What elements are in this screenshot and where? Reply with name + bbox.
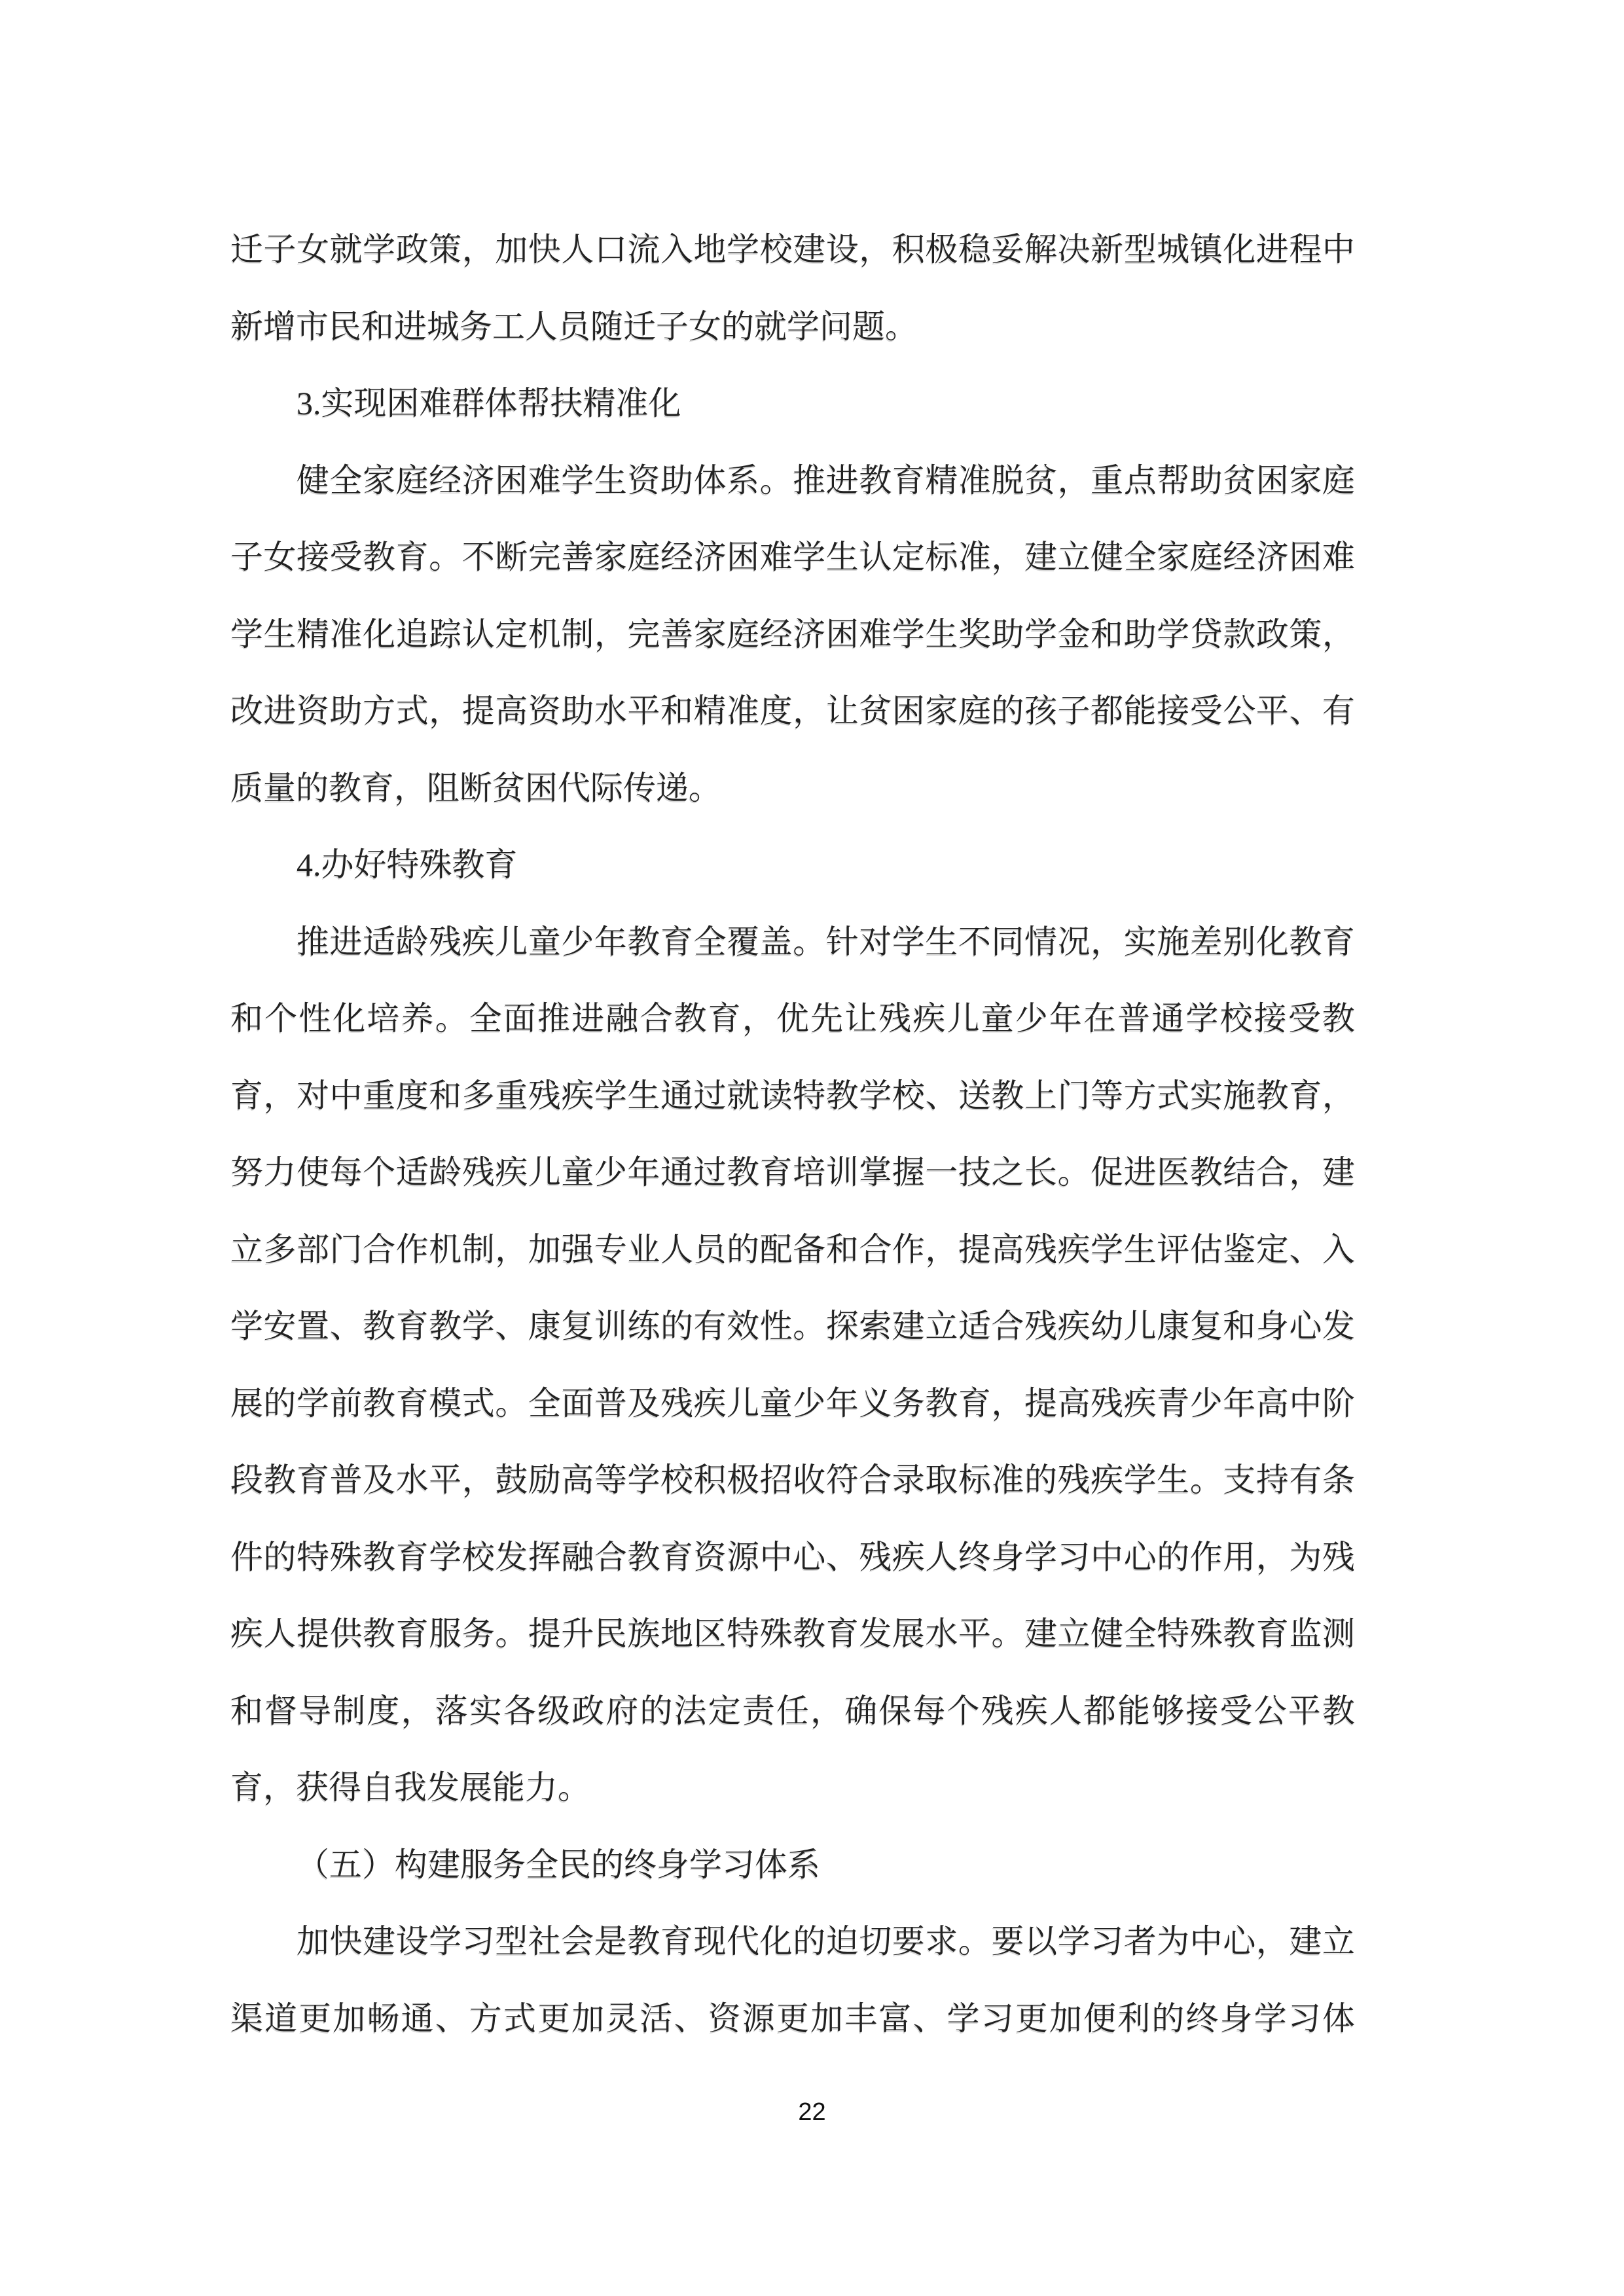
text-line: 健全家庭经济困难学生资助体系。推进教育精准脱贫，重点帮助贫困家庭: [230, 442, 1355, 520]
text-line: 疾人提供教育服务。提升民族地区特殊教育发展水平。建立健全特殊教育监测: [230, 1596, 1355, 1673]
text-line: 迁子女就学政策，加快人口流入地学校建设，积极稳妥解决新型城镇化进程中: [230, 211, 1355, 289]
text-line: 育，对中重度和多重残疾学生通过就读特教学校、送教上门等方式实施教育，: [230, 1058, 1355, 1135]
text-line: 学安置、教育教学、康复训练的有效性。探索建立适合残疾幼儿康复和身心发: [230, 1288, 1355, 1365]
text-line: 推进适龄残疾儿童少年教育全覆盖。针对学生不同情况，实施差别化教育: [230, 904, 1355, 981]
body-text: 迁子女就学政策，加快人口流入地学校建设，积极稳妥解决新型城镇化进程中新增市民和进…: [230, 211, 1355, 2057]
text-line: 质量的教育，阻断贫困代际传递。: [230, 750, 1355, 827]
text-line: 改进资助方式，提高资助水平和精准度，让贫困家庭的孩子都能接受公平、有: [230, 673, 1355, 750]
text-line: 育，获得自我发展能力。: [230, 1749, 1355, 1827]
text-line: 3.实现困难群体帮扶精准化: [230, 365, 1355, 442]
text-line: 和个性化培养。全面推进融合教育，优先让残疾儿童少年在普通学校接受教: [230, 980, 1355, 1058]
text-line: （五）构建服务全民的终身学习体系: [230, 1827, 1355, 1904]
page-number: 22: [0, 2098, 1624, 2126]
document-page: 迁子女就学政策，加快人口流入地学校建设，积极稳妥解决新型城镇化进程中新增市民和进…: [0, 0, 1624, 2296]
text-line: 加快建设学习型社会是教育现代化的迫切要求。要以学习者为中心，建立: [230, 1903, 1355, 1981]
text-line: 展的学前教育模式。全面普及残疾儿童少年义务教育，提高残疾青少年高中阶: [230, 1365, 1355, 1443]
text-line: 学生精准化追踪认定机制，完善家庭经济困难学生奖助学金和助学贷款政策，: [230, 596, 1355, 673]
text-line: 渠道更加畅通、方式更加灵活、资源更加丰富、学习更加便利的终身学习体: [230, 1981, 1355, 2058]
text-line: 4.办好特殊教育: [230, 827, 1355, 904]
text-line: 立多部门合作机制，加强专业人员的配备和合作，提高残疾学生评估鉴定、入: [230, 1211, 1355, 1289]
text-line: 新增市民和进城务工人员随迁子女的就学问题。: [230, 289, 1355, 366]
text-line: 子女接受教育。不断完善家庭经济困难学生认定标准，建立健全家庭经济困难: [230, 519, 1355, 596]
text-line: 和督导制度，落实各级政府的法定责任，确保每个残疾人都能够接受公平教: [230, 1673, 1355, 1750]
text-line: 件的特殊教育学校发挥融合教育资源中心、残疾人终身学习中心的作用，为残: [230, 1519, 1355, 1596]
text-line: 努力使每个适龄残疾儿童少年通过教育培训掌握一技之长。促进医教结合，建: [230, 1134, 1355, 1211]
text-line: 段教育普及水平，鼓励高等学校积极招收符合录取标准的残疾学生。支持有条: [230, 1442, 1355, 1519]
